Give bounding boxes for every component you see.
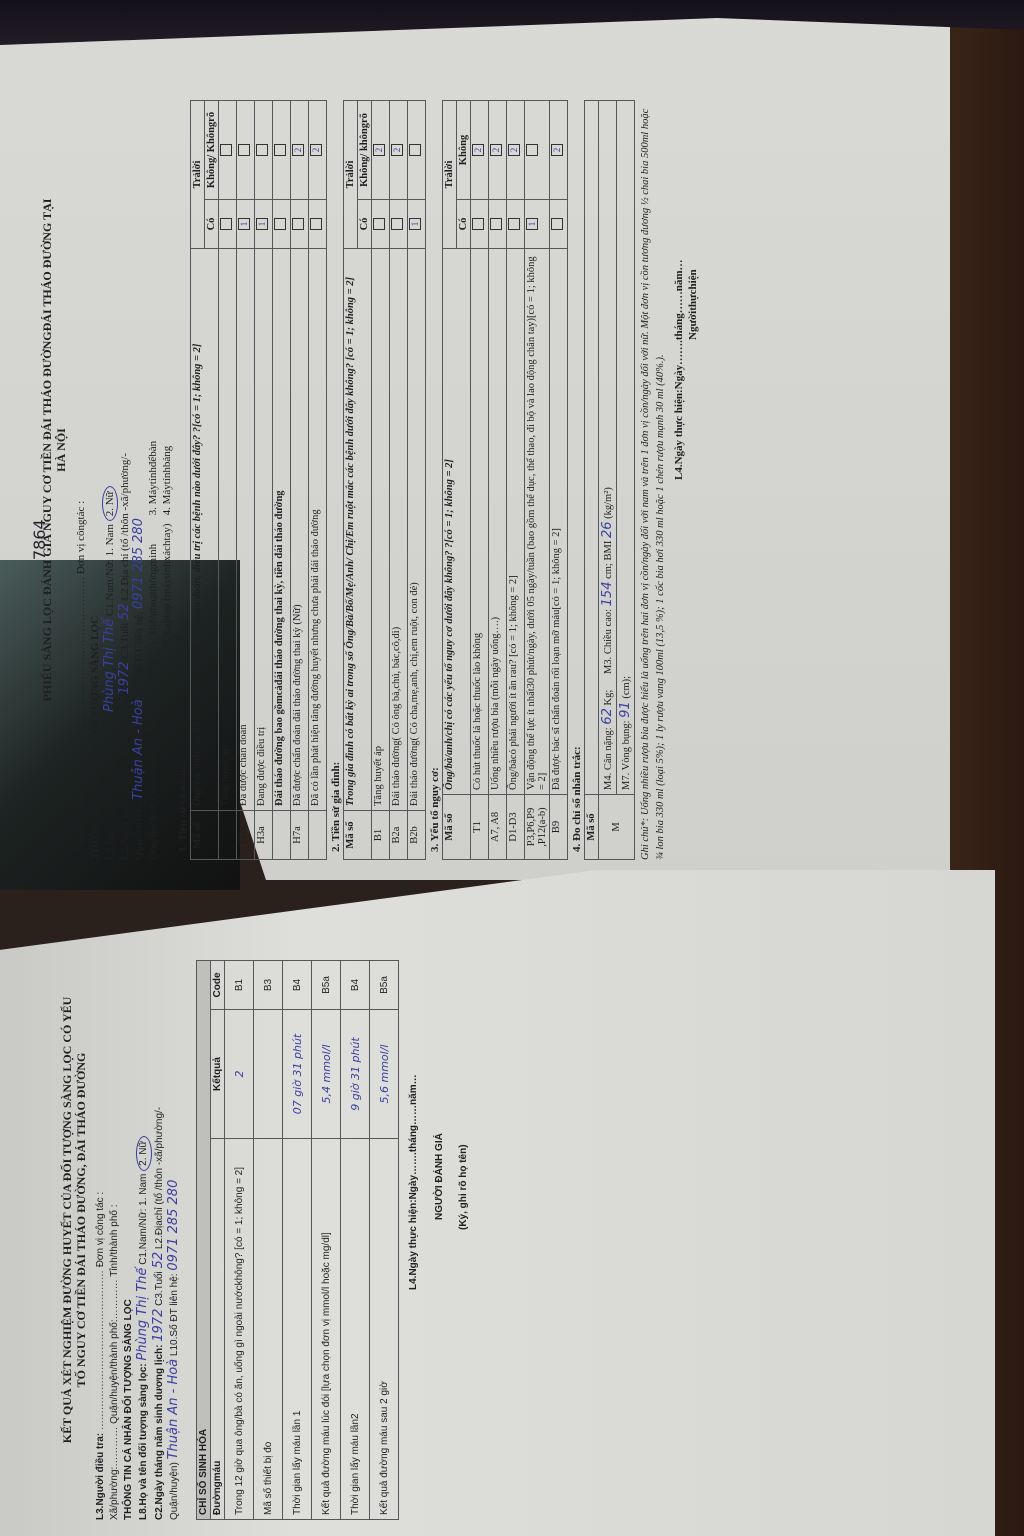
biochem-item: Kết quả đường máu sau 2 giờ <box>370 1139 399 1520</box>
l8-label: L8.Họ và tên đối tượng sàng lọc: <box>104 715 116 860</box>
s1-no-checkbox[interactable]: 2 <box>292 144 304 156</box>
s3-no-checkbox[interactable]: 2 <box>508 144 520 156</box>
c3-label: C3.Tuổi <box>119 623 131 659</box>
s3-no-checkbox[interactable]: 2 <box>490 144 502 156</box>
s4-col-code: Mã số <box>585 795 599 860</box>
biochem-row: Kết quả đường máu sau 2 giờ5,6 mmol/lB5a <box>370 961 399 1520</box>
phone-value[interactable]: 0971 285 280 <box>131 518 146 609</box>
device-option-3[interactable]: 3. Máytínhđểbàn <box>146 441 160 516</box>
s2-col-no: Không/ khôngrõ <box>358 101 372 200</box>
s1-row: H3aĐang được điều trị1 <box>255 101 273 860</box>
s1-row-code <box>309 811 327 860</box>
s3-no-checkbox[interactable] <box>526 144 538 156</box>
s3-yes-checkbox[interactable] <box>508 218 520 230</box>
s1-col-no: Không/ Khôngrõ <box>205 101 219 200</box>
s3-row-code: D1-D3 <box>507 795 525 860</box>
m3-unit: cm; BMI <box>603 541 614 579</box>
screening-form: PHIẾU SÀNG LỌC ĐÁNH GIÁ NGUY CƠ TIỀN ĐÁI… <box>40 40 700 860</box>
s2-row: B1Tăng huyết áp2 <box>372 101 390 860</box>
c3-age[interactable]: 52 <box>117 603 132 620</box>
s1-no-checkbox[interactable] <box>220 144 232 156</box>
s3-row-code: A7, A8 <box>489 795 507 860</box>
s2-row-text: Đái tháo đường( Có ông bà,chú, bác,cô,dì… <box>390 249 408 811</box>
m7-unit: (cm); <box>621 676 632 699</box>
r-signer-note: (Ký, ghi rõ họ tên) <box>457 920 471 1230</box>
s3-title: 3. Yếu tố nguy cơ: <box>429 40 441 852</box>
district-label: Quận/huyện) <box>133 803 145 860</box>
s1-row-text: Đã được chẩn đoán đái tháo đường thai kỳ… <box>291 249 309 811</box>
biochem-result[interactable]: 9 giờ 31 phút <box>341 1010 370 1139</box>
s2-row: B2aĐái tháo đường( Có ông bà,chú, bác,cô… <box>390 101 408 860</box>
s1-no-checkbox[interactable] <box>274 144 286 156</box>
s2-question: Trong gia đình có bất kỳ ai trong số Ông… <box>344 249 372 811</box>
s1-yes-checkbox[interactable]: 1 <box>238 218 250 230</box>
biochem-result[interactable]: 07 giờ 31 phút <box>283 1010 312 1139</box>
s1-question: Ông/bà, anh/chị đã từng được cán bộ y tế… <box>191 249 219 811</box>
s1-row: Tăng huyết áp <box>219 101 237 860</box>
s2-yes-checkbox[interactable] <box>391 218 403 230</box>
biochem-item: Kết quả đường máu lúc đói [lựa chọn đơn … <box>312 1139 341 1520</box>
r-personal-title: THÔNG TIN CÁ NHÂN ĐỐI TƯỢNG SÀNG LỌC <box>122 920 136 1520</box>
biochem-code: B5a <box>370 961 399 1010</box>
r-c2-birth-year[interactable]: 1972 <box>151 1309 166 1342</box>
s3-question: Ông/bà/anh/chị có các yếu tố nguy cơ dướ… <box>443 249 471 795</box>
s1-yes-checkbox[interactable] <box>274 218 286 230</box>
r-c1-selected-female[interactable]: 2. Nữ <box>136 1136 152 1171</box>
s3-row: D1-D3Ông/bàcó phải người ít ăn rau? [có … <box>507 101 525 860</box>
biochem-table: CHỈ SỐ SINH HÓA Đườngmáu Kếtquả Code Tro… <box>196 960 399 1520</box>
s2-no-checkbox[interactable] <box>409 144 421 156</box>
s1-row-code <box>219 811 237 860</box>
s3-yes-checkbox[interactable] <box>472 218 484 230</box>
r-workplace-label: Đơn vị công tác : <box>95 1192 106 1267</box>
m7-waist-value[interactable]: 91 <box>618 701 633 718</box>
s1-row-text: Đã được chẩn đoán <box>237 249 255 811</box>
s2-col-yes: Có <box>358 200 372 249</box>
s3-row-text: Vận động thể lực ít nhất30 phút/ngày, dư… <box>525 249 550 795</box>
bmi-unit: (kg/m²) <box>603 487 614 519</box>
s2-no-checkbox[interactable]: 2 <box>391 144 403 156</box>
r-l8-name-value[interactable]: Phùng Thị Thế <box>135 1268 150 1361</box>
s1-row-text: Đang được điều trị <box>255 249 273 811</box>
r-ward-label: Xã/phường: <box>109 1467 120 1520</box>
s2-col-answer: Trảlời <box>344 101 358 249</box>
col-item: Đườngmáu <box>211 1139 225 1520</box>
s1-row-code: H2a <box>237 811 255 860</box>
s1-row-code: H7a <box>291 811 309 860</box>
s2-row-code: B2b <box>408 811 426 860</box>
s1-yes-checkbox[interactable] <box>310 218 322 230</box>
s1-row-text: Tăng huyết áp <box>219 249 237 811</box>
s3-no-checkbox[interactable]: 2 <box>551 144 563 156</box>
r-l3-label: L3.Người điều tra: <box>95 1433 106 1520</box>
r-signer: NGƯỜI ĐÁNH GIÁ <box>433 920 447 1220</box>
s2-yes-checkbox[interactable]: 1 <box>409 218 421 230</box>
s3-row-code: P3,P6,P9 ,P12(a-b) <box>525 795 550 860</box>
r-l4-date-label: L4.Ngày thực hiện:Ngày…….tháng……năm… <box>407 920 421 1290</box>
s1-yes-checkbox[interactable] <box>220 218 232 230</box>
m4-weight-value[interactable]: 62 <box>600 708 615 725</box>
biochem-row: Kết quả đường máu lúc đói [lựa chọn đơn … <box>312 961 341 1520</box>
r-province-label: Tỉnh/thành phố : <box>109 1205 120 1277</box>
l8-name-value[interactable]: Phùng Thị Thế <box>102 619 117 712</box>
s3-row-text: Uống nhiều rượu bia (mỗi ngày uống….) <box>489 249 507 795</box>
m7-label: M7. Vòng bụng: <box>621 720 632 790</box>
m3-label: M3. Chiều cao: <box>603 609 614 674</box>
s2-row-text: Đái tháo đường( Có cha,mẹ,anh, chị,em ru… <box>408 249 426 811</box>
s1-yes-checkbox[interactable] <box>292 218 304 230</box>
bmi-value[interactable]: 26 <box>600 522 615 539</box>
s3-row-text: Đã được bác sĩ chẩn đoán rối loạn mỡ máu… <box>550 249 568 795</box>
s3-row: T1Có hút thuốc lá hoặc thuốc lào không2 <box>471 101 489 860</box>
s1-no-checkbox[interactable] <box>256 144 268 156</box>
r-phone-value[interactable]: 0971 285 280 <box>166 1180 181 1271</box>
r-c2-label: C2.Ngày tháng năm sinh dương lịch: <box>154 1345 165 1520</box>
s4-code: M <box>599 795 635 860</box>
s1-row: Đã có lần phát hiện tăng đường huyết như… <box>309 101 327 860</box>
s2-title: 2. Tiền sử gia đình: <box>330 40 342 852</box>
r-c3-label: C3.Tuổi <box>154 1271 165 1306</box>
c1-label: C1.Nam/Nữ: 1. Nam <box>104 524 116 616</box>
s3-row: A7, A8Uống nhiều rượu bia (mỗi ngày uống… <box>489 101 507 860</box>
district-value[interactable]: Thuận An - Hoà <box>131 699 146 800</box>
s3-row-text: Ông/bàcó phải người ít ăn rau? [có = 1; … <box>507 249 525 795</box>
s3-table: Mã số Ông/bà/anh/chị có các yếu tố nguy … <box>442 100 568 860</box>
biochem-code: B4 <box>283 961 312 1010</box>
s4-title: 4. Đo chỉ số nhân trắc: <box>571 40 583 852</box>
c2-birth-year[interactable]: 1972 <box>117 661 132 694</box>
r-l10-label: L10.Số ĐT liên hệ: <box>169 1273 180 1356</box>
s2-row-code: B2a <box>390 811 408 860</box>
s1-table: Mã số Ông/bà, anh/chị đã từng được cán b… <box>190 100 327 860</box>
s1-col-answer: Trảlời <box>191 101 205 249</box>
r-l8-label: L8.Họ và tên đối tượng sàng lọc: <box>138 1363 149 1520</box>
biochem-row: Thời gian lấy máu lần 107 giờ 31 phútB4 <box>283 961 312 1520</box>
s3-no-checkbox[interactable]: 2 <box>472 144 484 156</box>
r-l2-label: L2.Địachỉ (tổ /thôn -xã/phường/- <box>154 1107 165 1249</box>
s3-col-yes: Có <box>457 200 471 249</box>
s2-row-text: Tăng huyết áp <box>372 249 390 811</box>
col-code: Code <box>211 961 225 1010</box>
m4-unit: Kg; <box>603 690 614 706</box>
biochem-row: Thời gian lấy máu lần29 giờ 31 phútB4 <box>341 961 370 1520</box>
results-title-2: TỐ NGUY CƠ TIỀN ĐÁI THÁO ĐƯỜNG, ĐÁI THÁO… <box>74 920 88 1520</box>
s2-col-code: Mã số <box>344 811 372 860</box>
l2-label: L2.Địa chỉ (tổ /thôn -xã/phường/- <box>119 453 131 601</box>
s3-yes-checkbox[interactable]: 1 <box>526 218 538 230</box>
s1-no-checkbox[interactable] <box>238 144 250 156</box>
biochem-item: Trong 12 giờ qua ông/bà có ăn, uống gì n… <box>225 1139 254 1520</box>
s1-title: 1. Tiền sử cá nhân: <box>177 40 189 852</box>
s1-row: H7aĐã được chẩn đoán đái tháo đường thai… <box>291 101 309 860</box>
r-district2-label: Quận/huyện) <box>169 1462 180 1520</box>
s2-row-code: B1 <box>372 811 390 860</box>
r-district2-value[interactable]: Thuận An - Hoà <box>166 1359 181 1460</box>
l10-label: L10.Số ĐT liên hệ: <box>133 612 145 697</box>
s3-yes-checkbox[interactable] <box>490 218 502 230</box>
s3-row-code: T1 <box>471 795 489 860</box>
s3-row-code: B9 <box>550 795 568 860</box>
results-form: KẾT QUẢ XÉT NGHIỆM ĐƯỜNG HUYẾT CỦA ĐỐI T… <box>60 920 471 1520</box>
s1-row-code <box>273 811 291 860</box>
biochem-code: B4 <box>341 961 370 1010</box>
device-option-1[interactable]: 1. Điệnthoạithôngminh <box>146 523 160 646</box>
s1-col-yes: Có <box>205 200 219 249</box>
s3-yes-checkbox[interactable] <box>551 218 563 230</box>
screening-title-city: HÀ NỘI <box>54 40 68 860</box>
s1-row-text: Đã có lần phát hiện tăng đường huyết như… <box>309 249 327 811</box>
l4-date-label: L4.Ngày thực hiện:Ngày…….tháng……năm… <box>672 40 686 480</box>
s3-col-no: Không <box>457 101 471 200</box>
s1-row-text: Đái tháo đường bao gồmcảđái tháo đường t… <box>273 249 291 811</box>
s2-no-checkbox[interactable]: 2 <box>373 144 385 156</box>
s3-row-text: Có hút thuốc lá hoặc thuốc lào không <box>471 249 489 795</box>
device-question: Ông/Bà/Anh/Chị có thiết bị điện tử sau k… <box>146 654 174 860</box>
s4-table: Mã số M M4. Cân nặng: 62 Kg; M3. Chiều c… <box>584 100 635 860</box>
biochem-code: B5a <box>312 961 341 1010</box>
r-c1-label: C1.Nam/Nữ: 1. Nam <box>138 1174 149 1265</box>
s2-table: Mã số Trong gia đình có bất kỳ ai trong … <box>343 100 426 860</box>
s1-no-checkbox[interactable]: 2 <box>310 144 322 156</box>
personal-section-title: THÔNG TIN CÁ NHÂN ĐỐI TƯỢNG SÀNG LỌC <box>88 40 102 860</box>
biochem-result[interactable]: 2 <box>225 1010 254 1139</box>
results-title: KẾT QUẢ XÉT NGHIỆM ĐƯỜNG HUYẾT CỦA ĐỐI T… <box>60 920 74 1520</box>
biochem-result[interactable] <box>254 1010 283 1139</box>
biochem-row: Trong 12 giờ qua ông/bà có ăn, uống gì n… <box>225 961 254 1520</box>
l3-label: L3.Người điều tra: <box>75 778 87 860</box>
s3-row: B9Đã được bác sĩ chẩn đoán rối loạn mỡ m… <box>550 101 568 860</box>
alcohol-note: Ghi chú*: Uống nhiều rượu bia được hiểu … <box>638 100 668 860</box>
c2-label: C2.Ngày tháng năm sinh dương lịch: <box>119 697 131 860</box>
s1-col-code: Mã số <box>191 811 219 860</box>
biochem-row: Mã số thiết bị đoB3 <box>254 961 283 1520</box>
screening-title: PHIẾU SÀNG LỌC ĐÁNH GIÁ NGUY CƠ TIỀN ĐÁI… <box>40 40 54 860</box>
signer-label: Ngườithựchiện <box>686 40 700 340</box>
m3-height-value[interactable]: 154 <box>600 582 615 607</box>
s1-row-code: H3a <box>255 811 273 860</box>
s2-row: B2bĐái tháo đường( Có cha,mẹ,anh, chị,em… <box>408 101 426 860</box>
col-result: Kếtquả <box>211 1010 225 1139</box>
biochem-section: CHỈ SỐ SINH HÓA <box>197 961 211 1520</box>
s1-yes-checkbox[interactable]: 1 <box>256 218 268 230</box>
biochem-result[interactable]: 5,4 mmol/l <box>312 1010 341 1139</box>
biochem-code: B1 <box>225 961 254 1010</box>
s3-col-code: Mã số <box>443 795 471 860</box>
c1-selected-female[interactable]: 2. Nữ <box>102 486 118 521</box>
s2-yes-checkbox[interactable] <box>373 218 385 230</box>
r-district-label: Quận/huyện/thành phố: <box>109 1319 120 1424</box>
s3-row: P3,P6,P9 ,P12(a-b)Vận động thể lực ít nh… <box>525 101 550 860</box>
device-option-4[interactable]: 4. Máytínhbảng <box>160 441 174 516</box>
s3-col-answer: Trảlời <box>443 101 457 249</box>
m4-label: M4. Cân nặng: <box>603 727 614 790</box>
device-option-2[interactable]: 2. Laptop (máytínhxáchtay) <box>160 523 174 646</box>
s1-row: H2aĐã được chẩn đoán1 <box>237 101 255 860</box>
biochem-result[interactable]: 5,6 mmol/l <box>370 1010 399 1139</box>
r-c3-age[interactable]: 52 <box>151 1252 166 1269</box>
biochem-item: Thời gian lấy máu lần2 <box>341 1139 370 1520</box>
workplace-label: Đơn vị côngtác : <box>75 501 87 574</box>
s1-row: Đái tháo đường bao gồmcảđái tháo đường t… <box>273 101 291 860</box>
biochem-code: B3 <box>254 961 283 1010</box>
biochem-item: Mã số thiết bị đo <box>254 1139 283 1520</box>
biochem-item: Thời gian lấy máu lần 1 <box>283 1139 312 1520</box>
